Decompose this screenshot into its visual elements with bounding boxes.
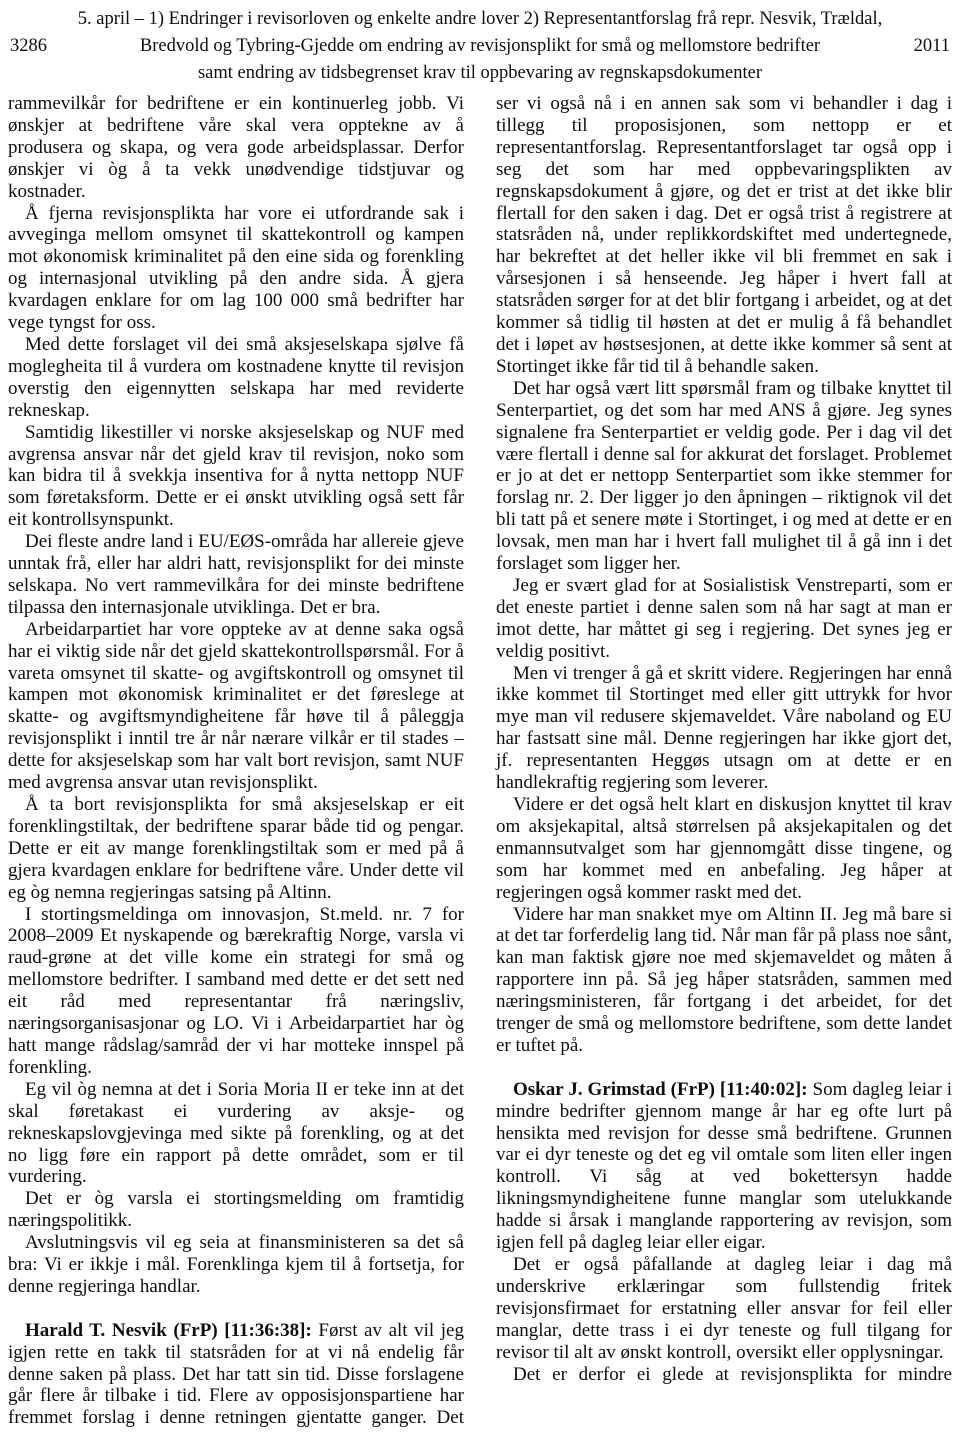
left-column: rammevilkår for bedriftene er ein kontin… <box>8 93 464 1429</box>
paragraph: Samtidig likestiller vi norske aksjesels… <box>8 422 464 532</box>
speech-paragraph: Oskar J. Grimstad (FrP) [11:40:02]: Som … <box>496 1079 952 1254</box>
speaker-label: Harald T. Nesvik (FrP) [11:36:38]: <box>25 1320 312 1341</box>
paragraph: Avslutningsvis vil eg seia at finansmini… <box>8 1232 464 1298</box>
right-column: ser vi også nå i en annen sak som vi beh… <box>496 93 952 1429</box>
header-title-line1: 5. april – 1) Endringer i revisorloven o… <box>8 6 952 33</box>
header-title-line3: samt endring av tidsbegrenset krav til o… <box>8 60 952 87</box>
paragraph: Det har også vært litt spørsmål fram og … <box>496 378 952 575</box>
paragraph: Jeg er svært glad for at Sosialistisk Ve… <box>496 575 952 663</box>
header-title-line2: Bredvold og Tybring-Gjedde om endring av… <box>140 36 820 56</box>
paragraph: Men vi trenger å gå et skritt videre. Re… <box>496 663 952 794</box>
document-page: 5. april – 1) Endringer i revisorloven o… <box>0 0 960 1453</box>
paragraph: Å ta bort revisjonsplikta for små aksjes… <box>8 794 464 904</box>
paragraph: Arbeidarpartiet har vore oppteke av at d… <box>8 619 464 794</box>
paragraph: Eg vil òg nemna at det i Soria Moria II … <box>8 1079 464 1189</box>
paragraph: ser vi også nå i en annen sak som vi beh… <box>496 93 952 378</box>
paragraph: rammevilkår for bedriftene er ein kontin… <box>8 93 464 203</box>
paragraph: Dei fleste andre land i EU/EØS-områda ha… <box>8 531 464 619</box>
page-header: 5. april – 1) Endringer i revisorloven o… <box>8 6 952 87</box>
paragraph: Å fjerna revisjonsplikta har vore ei utf… <box>8 203 464 334</box>
paragraph: Med dette forslaget vil dei små aksjesel… <box>8 334 464 422</box>
paragraph: Videre har man snakket mye om Altinn II.… <box>496 904 952 1057</box>
paragraph: Det er også påfallande at dagleg leiar i… <box>496 1254 952 1364</box>
paragraph: I stortingsmeldinga om innovasjon, St.me… <box>8 904 464 1079</box>
header-title-line2-row: 3286 Bredvold og Tybring-Gjedde om endri… <box>8 33 952 60</box>
speaker-label: Oskar J. Grimstad (FrP) [11:40:02]: <box>513 1079 808 1100</box>
page-number: 3286 <box>10 33 47 60</box>
header-year: 2011 <box>914 33 950 60</box>
speech-paragraph: Harald T. Nesvik (FrP) [11:36:38]: Først… <box>8 1320 464 1430</box>
two-column-text-body: rammevilkår for bedriftene er ein kontin… <box>8 93 952 1429</box>
paragraph: Det er derfor ei glede at revisjonsplikt… <box>496 1364 952 1386</box>
paragraph: Det er òg varsla ei stortingsmelding om … <box>8 1188 464 1232</box>
paragraph: Videre er det også helt klart en diskusj… <box>496 794 952 904</box>
